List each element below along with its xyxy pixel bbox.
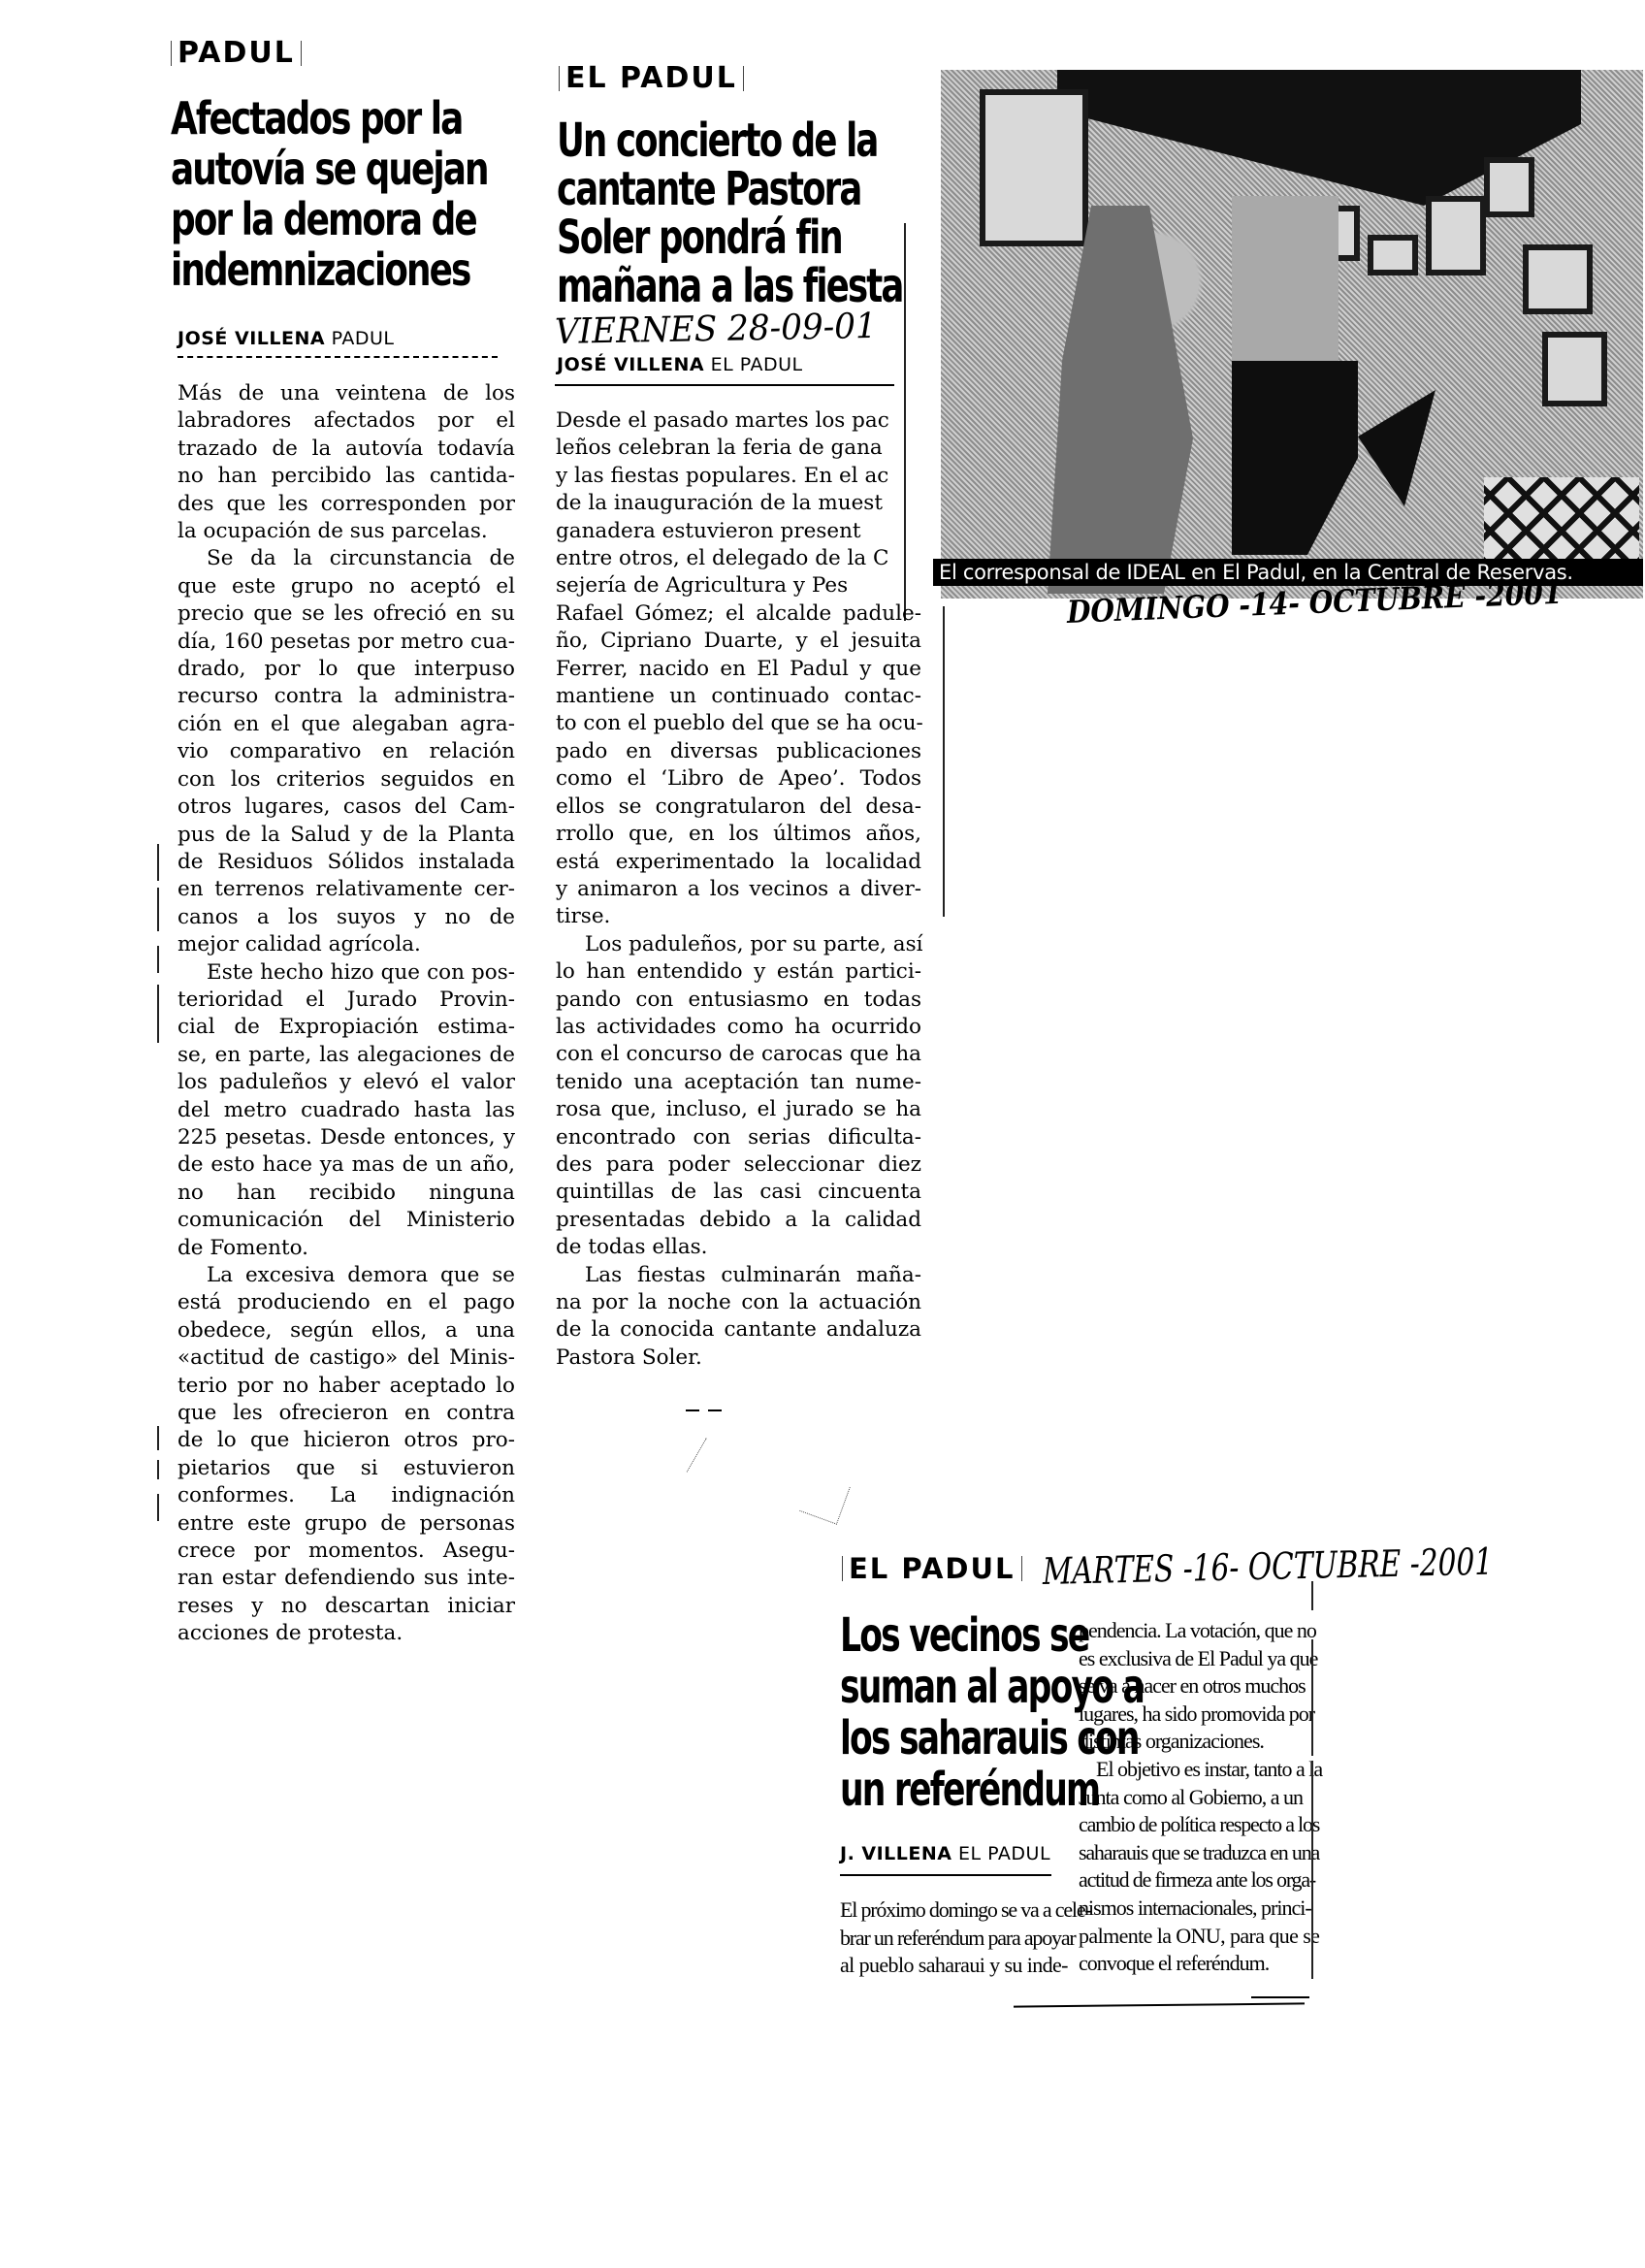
text-line: tirse.	[556, 903, 921, 930]
section-tag-padul: PADUL	[165, 37, 307, 70]
photo-wall-frame	[1542, 332, 1607, 406]
headline-line: autovía se quejan	[171, 144, 488, 194]
text-line: sejería de Agricultura y Pes	[556, 572, 891, 599]
text-line: día, 160 pesetas por metro cua-	[177, 629, 515, 656]
text-line: está produciendo en el pago	[177, 1289, 515, 1316]
text-line: El próximo domingo se va a cele-	[840, 1896, 1051, 1925]
text-line: de Residuos Sólidos instalada	[177, 849, 515, 876]
text-line: reses y no descartan iniciar	[177, 1593, 515, 1620]
text-line: Los paduleños, por su parte, así	[556, 931, 921, 958]
text-line: obedece, según ellos, a una	[177, 1317, 515, 1345]
text-line: como el ‘Libro de Apeo’. Todos	[556, 765, 921, 793]
text-line: ganadera estuvieron present	[556, 518, 891, 545]
text-line: ción en el que alegaban agra-	[177, 711, 515, 738]
text-line: encontrado con serias dificulta-	[556, 1124, 921, 1151]
column-rule	[943, 606, 945, 917]
text-line: na por la noche con la actuación	[556, 1289, 921, 1316]
section-divider	[171, 41, 172, 66]
photo-wall-frame	[1523, 244, 1593, 314]
column-rule	[1311, 1761, 1313, 1979]
text-line: des que les corresponden por	[177, 491, 515, 518]
byline-place: EL PADUL	[958, 1843, 1050, 1864]
byline-author: JOSÉ VILLENA	[557, 354, 704, 375]
handwritten-date-martes: MARTES -16- OCTUBRE -2001	[1043, 1540, 1494, 1593]
text-line: to con el pueblo del que se ha ocu-	[556, 710, 921, 737]
text-line: Pastora Soler.	[556, 1345, 921, 1372]
text-line: presentadas debido a la calidad	[556, 1207, 921, 1234]
text-line: trazado de la autovía todavía	[177, 436, 515, 463]
text-line: ño, Cipriano Duarte, y el jesuita	[556, 628, 921, 655]
text-line: no han percibido las cantida-	[177, 463, 515, 490]
text-line: de esto hace ya mas de un año,	[177, 1151, 515, 1179]
text-line: de todas ellas.	[556, 1234, 921, 1261]
text-line: 225 pesetas. Desde entonces, y	[177, 1124, 515, 1151]
text-line: tenido una aceptación tan nume-	[556, 1069, 921, 1096]
text-line: canos a los suyos y no de	[177, 904, 515, 931]
text-line: es exclusiva de El Padul ya que	[1079, 1645, 1292, 1673]
text-line: de la conocida cantante andaluza	[556, 1316, 921, 1344]
text-line: entre otros, el delegado de la C	[556, 545, 891, 572]
text-line: que este grupo no aceptó el	[177, 573, 515, 600]
text-line: Más de una veintena de los	[177, 380, 515, 407]
text-line: Las fiestas culminarán maña-	[556, 1262, 921, 1289]
text-line: de lo que hicieron otros pro-	[177, 1427, 515, 1454]
text-line: pado en diversas publicaciones	[556, 738, 921, 765]
text-line: actitud de firmeza ante los orga-	[1079, 1866, 1292, 1895]
bottom-rule	[1014, 2002, 1305, 2007]
text-line: ran estar defendiendo sus inte-	[177, 1565, 515, 1592]
text-line: Ferrer, nacido en El Padul y que	[556, 656, 921, 683]
text-line: Desde el pasado martes los pac	[556, 407, 891, 435]
photo-folder	[1358, 390, 1435, 506]
text-line: distintas organizaciones.	[1079, 1728, 1292, 1756]
text-line: terioridad el Jurado Provin-	[177, 987, 515, 1014]
text-line: al pueblo saharaui y su inde-	[840, 1952, 1051, 1980]
section-divider	[301, 41, 302, 66]
headline-line: mañana a las fiesta	[557, 262, 903, 310]
text-line: y las fiestas populares. En el ac	[556, 463, 891, 490]
scan-scratch	[799, 1474, 851, 1525]
text-line: palmente la ONU, para que se	[1079, 1923, 1292, 1951]
photo-wall-frame	[1484, 157, 1534, 217]
text-line: lugares, ha sido promovida por	[1079, 1701, 1292, 1729]
text-line: La excesiva demora que se	[177, 1262, 515, 1289]
text-line: pus de la Salud y de la Planta	[177, 822, 515, 849]
text-line: saharauis que se traduzca en una	[1079, 1839, 1292, 1867]
text-line: labradores afectados por el	[177, 407, 515, 435]
photo-wall-frame	[1426, 196, 1486, 275]
text-line: no han recibido ninguna	[177, 1180, 515, 1207]
text-line: quintillas de las casi cincuenta	[556, 1179, 921, 1206]
section-label: EL PADUL	[565, 62, 737, 95]
text-line: de Fomento.	[177, 1235, 515, 1262]
text-line: los paduleños y elevó el valor	[177, 1069, 515, 1096]
text-line: Rafael Gómez; el alcalde padule-	[556, 600, 921, 628]
text-line: drado, por lo que interpuso	[177, 656, 515, 683]
text-line: mantiene un continuado contac-	[556, 683, 921, 710]
text-line: con el concurso de carocas que ha	[556, 1041, 921, 1068]
text-line: de la inauguración de la muest	[556, 490, 891, 517]
text-line: está experimentado la localidad	[556, 849, 921, 876]
headline-concierto: Un concierto de la cantante Pastora Sole…	[557, 116, 903, 310]
text-line: otros lugares, casos del Cam-	[177, 794, 515, 821]
text-line: «actitud de castigo» del Minis-	[177, 1345, 515, 1372]
text-line: las actividades como ha ocurrido	[556, 1014, 921, 1041]
headline-line: Soler pondrá fin	[557, 213, 903, 262]
text-line: acciones de protesta.	[177, 1620, 515, 1647]
byline-rule	[555, 384, 894, 386]
text-line: des para poder seleccionar diez	[556, 1151, 921, 1179]
text-line: se, en parte, las alegaciones de	[177, 1042, 515, 1069]
byline: J. VILLENA EL PADUL	[840, 1843, 1050, 1864]
text-line: lo han entendido y están partici-	[556, 958, 921, 986]
text-line: precio que se les ofreció en su	[177, 600, 515, 628]
cut-mark	[157, 1494, 159, 1521]
byline: JOSÉ VILLENA EL PADUL	[557, 354, 803, 375]
article-body-left: Más de una veintena de los labradores af…	[177, 380, 515, 1648]
byline: JOSÉ VILLENA PADUL	[177, 328, 395, 349]
cut-mark	[157, 985, 159, 1043]
text-line: se va a hacer en otros muchos	[1079, 1672, 1292, 1701]
section-label: PADUL	[177, 37, 295, 70]
text-line: crece por momentos. Asegu-	[177, 1538, 515, 1565]
section-tag-el-padul-bottom: EL PADUL	[836, 1552, 1028, 1585]
text-line: entre este grupo de personas	[177, 1510, 515, 1538]
text-line: vio comparativo en relación	[177, 738, 515, 765]
byline-rule	[177, 356, 498, 360]
photo-lattice	[1484, 477, 1639, 565]
text-line: Se da la circunstancia de	[177, 545, 515, 572]
photo-wall-frame	[980, 89, 1088, 246]
byline-author: J. VILLENA	[840, 1843, 952, 1864]
text-line: y animaron a los vecinos a diver-	[556, 876, 921, 903]
cut-mark	[157, 1460, 159, 1479]
cut-mark	[157, 844, 159, 881]
cut-mark	[157, 946, 159, 973]
scan-scratch	[687, 1438, 741, 1491]
headline-line: Afectados por la	[171, 93, 488, 144]
headline-line: Un concierto de la	[557, 116, 903, 165]
scan-dash	[686, 1409, 699, 1411]
text-line: rrollo que, en los últimos años,	[556, 821, 921, 848]
section-divider	[559, 66, 560, 91]
byline-author: JOSÉ VILLENA	[177, 328, 325, 349]
text-line: con los criterios seguidos en	[177, 766, 515, 794]
text-line: Este hecho hizo que con pos-	[177, 959, 515, 987]
section-divider	[743, 66, 744, 91]
text-line: pietarios que si estuvieron	[177, 1455, 515, 1482]
text-line: del metro cuadrado hasta las	[177, 1097, 515, 1124]
text-line: pando con entusiasmo en todas	[556, 987, 921, 1014]
text-line: nismos internacionales, princi-	[1079, 1895, 1292, 1923]
text-line: la ocupación de sus parcelas.	[177, 518, 515, 545]
column-rule	[1311, 1581, 1313, 1610]
text-line: rosa que, incluso, el jurado se ha	[556, 1096, 921, 1123]
byline-place: EL PADUL	[711, 354, 803, 375]
byline-rule	[840, 1874, 1051, 1876]
headline-line: por la demora de	[171, 194, 488, 244]
news-photo	[941, 70, 1643, 599]
text-line: ellos se congratularon del desa-	[556, 794, 921, 821]
text-line: comunicación del Ministerio	[177, 1207, 515, 1234]
section-divider	[842, 1556, 843, 1581]
photo-dark-skirt	[1232, 361, 1358, 555]
article-body-bottom-col1: El próximo domingo se va a cele- brar un…	[840, 1896, 1051, 1980]
handwritten-date-viernes: VIERNES 28-09-01	[555, 307, 877, 352]
text-line: leños celebran la feria de gana	[556, 435, 891, 462]
text-line: que les ofrecieron en contra	[177, 1400, 515, 1427]
cut-mark	[157, 888, 159, 931]
text-line: conformes. La indignación	[177, 1482, 515, 1509]
section-label: EL PADUL	[849, 1552, 1016, 1585]
text-line: convoque el referéndum.	[1079, 1950, 1292, 1978]
text-line: recurso contra la administra-	[177, 683, 515, 710]
headline-afectados: Afectados por la autovía se quejan por l…	[171, 93, 488, 295]
article-body-bottom-col2: pendencia. La votación, que no es exclus…	[1079, 1617, 1292, 1978]
headline-line: indemnizaciones	[171, 244, 488, 295]
text-line: Junta como al Gobierno, a un	[1079, 1784, 1292, 1812]
headline-line: cantante Pastora	[557, 165, 903, 213]
photo-person-man	[1048, 206, 1193, 594]
photo-wall-frame	[1368, 235, 1418, 275]
scan-dash	[708, 1409, 722, 1411]
column-rule	[1311, 1639, 1313, 1756]
byline-place: PADUL	[332, 328, 395, 349]
article-body-middle: Desde el pasado martes los pac leños cel…	[556, 407, 921, 1372]
text-line: brar un referéndum para apoyar	[840, 1925, 1051, 1953]
section-tag-el-padul: EL PADUL	[553, 62, 750, 95]
cut-mark	[157, 1426, 159, 1450]
text-line: pendencia. La votación, que no	[1079, 1617, 1292, 1645]
text-line: El objetivo es instar, tanto a la	[1079, 1756, 1292, 1784]
text-line: cial de Expropiación estima-	[177, 1014, 515, 1041]
text-line: en terrenos relativamente cer-	[177, 876, 515, 903]
bottom-rule	[1251, 1996, 1309, 1998]
text-line: cambio de política respecto a los	[1079, 1811, 1292, 1839]
section-divider	[1021, 1556, 1022, 1581]
text-line: terio por no haber aceptado lo	[177, 1373, 515, 1400]
text-line: mejor calidad agrícola.	[177, 931, 515, 958]
